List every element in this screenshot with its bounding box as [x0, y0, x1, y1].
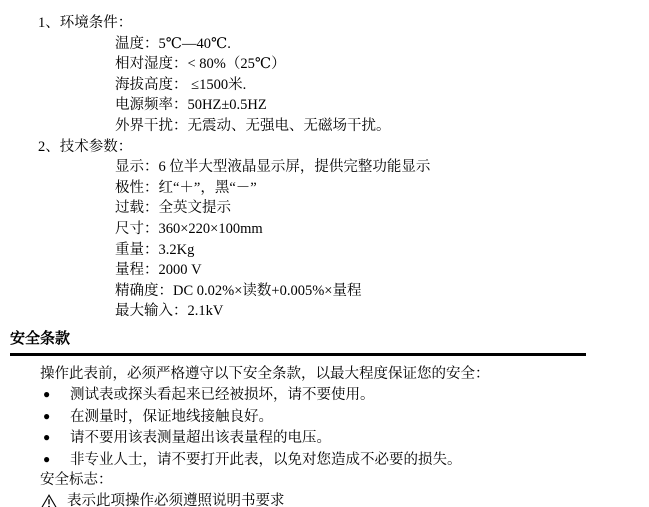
bullet-text: 非专业人士，请不要打开此表，以免对您造成不必要的损失。 [70, 452, 462, 468]
bullet-icon: ● [43, 449, 70, 470]
safety-intro: 操作此表前，必须严格遵守以下安全条款，以最大程度保证您的安全： [40, 364, 649, 385]
section-specs: 2、技术参数： 显示：6 位半大型液晶显示屏，提供完整功能显示 极性：红“＋”，… [0, 137, 649, 322]
list-item: 显示：6 位半大型液晶显示屏，提供完整功能显示 [115, 157, 649, 178]
list-item: ●在测量时，保证地线接触良好。 [43, 406, 649, 428]
bullet-icon: ● [43, 384, 70, 405]
warning-row: 表示此项操作必须遵照说明书要求 [40, 491, 649, 507]
section-1-heading: 1、环境条件： [38, 13, 649, 34]
warning-triangle-icon [40, 494, 58, 507]
list-item: 电源频率：50HZ±0.5HZ [115, 95, 649, 116]
bullet-text: 请不要用该表测量超出该表量程的电压。 [70, 430, 331, 446]
list-item: ●请不要用该表测量超出该表量程的电压。 [43, 427, 649, 449]
list-item: 温度：5℃—40℃. [115, 34, 649, 55]
manual-page: 1、环境条件： 温度：5℃—40℃. 相对湿度：< 80%（25℃） 海拔高度：… [0, 0, 649, 507]
list-item: 极性：红“＋”，黑“－” [115, 178, 649, 199]
list-item: 尺寸：360×220×100mm [115, 219, 649, 240]
list-item: ●测试表或探头看起来已经被损坏，请不要使用。 [43, 384, 649, 406]
warning-text: 表示此项操作必须遵照说明书要求 [67, 491, 285, 507]
bullet-icon: ● [43, 427, 70, 448]
list-item: 最大输入：2.1kV [115, 301, 649, 322]
safety-label: 安全标志： [40, 470, 649, 491]
bullet-icon: ● [43, 406, 70, 427]
safety-heading: 安全条款 [10, 329, 649, 350]
bullet-text: 在测量时，保证地线接触良好。 [70, 409, 273, 425]
list-item: 外界干扰：无震动、无强电、无磁场干扰。 [115, 116, 649, 137]
list-item: 重量：3.2Kg [115, 240, 649, 261]
list-item: 过载：全英文提示 [115, 198, 649, 219]
section-2-heading: 2、技术参数： [38, 137, 649, 158]
bullet-text: 测试表或探头看起来已经被损坏，请不要使用。 [70, 387, 375, 403]
section-safety: 安全条款 操作此表前，必须严格遵守以下安全条款，以最大程度保证您的安全： ●测试… [0, 329, 649, 507]
section-environment: 1、环境条件： 温度：5℃—40℃. 相对湿度：< 80%（25℃） 海拔高度：… [0, 13, 649, 137]
list-item: ●非专业人士，请不要打开此表，以免对您造成不必要的损失。 [43, 449, 649, 471]
list-item: 海拔高度： ≤1500米. [115, 75, 649, 96]
list-item: 相对湿度：< 80%（25℃） [115, 54, 649, 75]
list-item: 量程：2000 V [115, 260, 649, 281]
list-item: 精确度：DC 0.02%×读数+0.005%×量程 [115, 281, 649, 302]
divider [10, 353, 586, 356]
